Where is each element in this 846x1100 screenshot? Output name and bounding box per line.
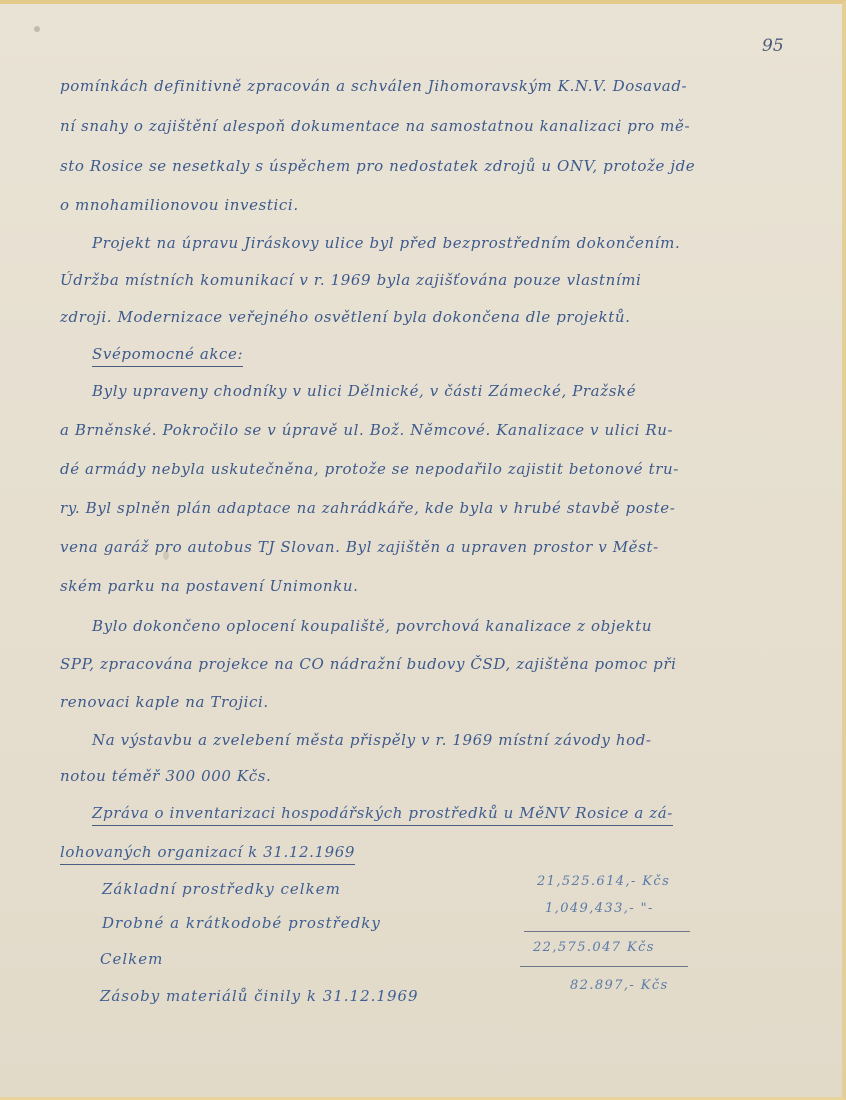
report-heading: Zpráva o inventarizaci hospodářských pro… xyxy=(92,803,673,823)
inventory-label: Zásoby materiálů činily k 31.12.1969 xyxy=(100,987,419,1005)
text-line: Údržba místních komunikací v r. 1969 byl… xyxy=(60,270,641,290)
inventory-value: 1,049,433,- "- xyxy=(545,901,654,916)
text-line: Na výstavbu a zvelebení města přispěly v… xyxy=(92,730,652,750)
report-heading-line: lohovaných organizací k 31.12.1969 xyxy=(60,843,355,865)
inventory-label: Celkem xyxy=(100,950,163,968)
text-line: Bylo dokončeno oplocení koupaliště, povr… xyxy=(92,616,652,636)
sum-rule xyxy=(524,931,690,932)
text-line: Projekt na úpravu Jiráskovy ulice byl př… xyxy=(92,233,680,253)
total-rule xyxy=(520,966,688,967)
inventory-label: Drobné a krátkodobé prostředky xyxy=(102,914,381,932)
text-line: vena garáž pro autobus TJ Slovan. Byl za… xyxy=(60,537,659,557)
report-heading-line: Zpráva o inventarizaci hospodářských pro… xyxy=(92,804,673,826)
text-line: sto Rosice se nesetkaly s úspěchem pro n… xyxy=(60,156,695,176)
inventory-value: 21,525.614,- Kčs xyxy=(537,874,670,889)
text-line: ry. Byl splněn plán adaptace na zahrádká… xyxy=(60,498,675,518)
page-number: 95 xyxy=(762,36,784,56)
text-line: zdroji. Modernizace veřejného osvětlení … xyxy=(60,307,631,327)
text-line: ní snahy o zajištění alespoň dokumentace… xyxy=(60,116,690,136)
text-line: SPP, zpracována projekce na CO nádražní … xyxy=(60,654,677,674)
inventory-label: Základní prostředky celkem xyxy=(102,880,341,898)
report-heading: lohovaných organizací k 31.12.1969 xyxy=(60,842,355,862)
text-line: pomínkách definitivně zpracován a schvál… xyxy=(60,76,687,96)
text-line: renovaci kaple na Trojici. xyxy=(60,692,269,712)
text-line: dé armády nebyla uskutečněna, protože se… xyxy=(60,459,679,479)
inventory-value: 22,575.047 Kčs xyxy=(533,940,655,955)
text-line: notou téměř 300 000 Kčs. xyxy=(60,766,271,786)
inventory-value: 82.897,- Kčs xyxy=(570,978,669,993)
text-line: a Brněnské. Pokročilo se v úpravě ul. Bo… xyxy=(60,420,673,440)
text-line: Byly upraveny chodníky v ulici Dělnické,… xyxy=(92,381,636,401)
text-line: o mnohamilionovou investici. xyxy=(60,195,299,215)
paper-stain xyxy=(34,26,40,32)
chronicle-page: 95 pomínkách definitivně zpracován a sch… xyxy=(0,0,846,1100)
section-heading: Svépomocné akce: xyxy=(92,344,243,364)
section-heading-text: Svépomocné akce: xyxy=(92,345,243,367)
text-line: ském parku na postavení Unimonku. xyxy=(60,576,358,596)
